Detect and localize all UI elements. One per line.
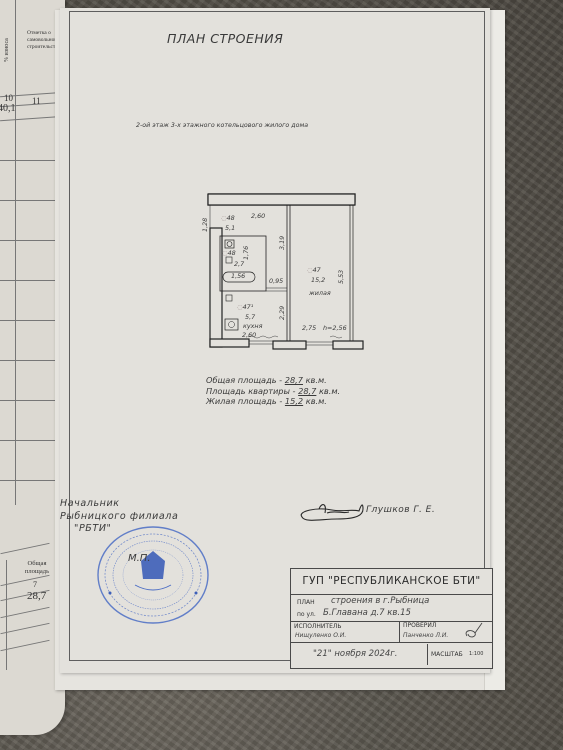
dim-bath-height: 1,76	[242, 246, 250, 260]
official-stamp-icon	[97, 525, 212, 625]
room-kitchen-label: кухня	[243, 322, 262, 330]
room-hall-ref: ◌48	[221, 214, 235, 222]
apartment-floor-plan: ◌48 5,1 2,60 1,28 ◌48 2,7 1,76 1,56 0,95…	[205, 192, 365, 356]
room-bath-area: 2,7	[234, 260, 244, 268]
room-hall-area: 5,1	[225, 224, 235, 232]
date-scale-row: "21" ноября 2024г. МАСШТАБ 1:100	[291, 642, 492, 667]
dim-kitchen-width: 2,60	[242, 331, 256, 339]
booklet-col-7: 7	[33, 580, 37, 589]
dim-partition: 3,19	[278, 236, 286, 250]
room-kitchen-area: 5,7	[245, 313, 255, 321]
dim-hall-height: 1,28	[201, 218, 209, 232]
checker-signature-icon	[463, 621, 485, 641]
dim-ceiling-height: h=2,56	[323, 324, 347, 332]
signatory-name: Глушков Г. Е.	[366, 505, 435, 515]
booklet-value-top: 40,1	[0, 103, 16, 114]
dim-hall-width: 2,60	[251, 212, 265, 220]
room-living-ref: ◌47	[307, 266, 321, 274]
booklet-total-area-header: Общая площадь	[23, 560, 51, 576]
room-living-area: 15,2	[311, 276, 325, 284]
dim-corridor-width: 0,95	[269, 277, 283, 285]
booklet-header-note: Отметка о самовольном строительстве	[27, 30, 55, 51]
booklet-header-wear: % износа	[4, 38, 10, 62]
signature-icon	[297, 497, 367, 527]
dim-living-width: 2,75	[302, 324, 316, 332]
apartment-area-line: Площадь квартиры - 28,7 кв.м.	[206, 386, 340, 397]
document-title: ПЛАН СТРОЕНИЯ	[167, 31, 283, 46]
living-area-line: Жилая площадь - 15,2 кв.м.	[206, 396, 340, 407]
booklet-total-area-value: 28,7	[27, 590, 46, 602]
stamp-handwritten: М.П.	[128, 553, 151, 564]
people-row: ИСПОЛНИТЕЛЬ Нищуленко О.И. ПРОВЕРИЛ Панч…	[291, 621, 492, 643]
room-kitchen-ref: ◌47¹	[237, 303, 253, 311]
room-bath-ref: ◌48	[222, 249, 236, 257]
organization-name: ГУП "РЕСПУБЛИКАНСКОЕ БТИ"	[291, 569, 492, 595]
dim-bath-width: 1,56	[231, 272, 245, 280]
dim-living-depth: 5,53	[337, 270, 345, 284]
room-living-label: жилая	[309, 289, 331, 297]
total-area-line: Общая площадь - 28,7 кв.м.	[206, 375, 340, 386]
booklet-col-11: 11	[32, 96, 41, 106]
title-block: ГУП "РЕСПУБЛИКАНСКОЕ БТИ" ПЛАН строения …	[290, 568, 493, 669]
dim-kitchen-height: 2,29	[278, 306, 286, 320]
plan-address-row: ПЛАН строения в г.Рыбница по ул. Б.Глава…	[291, 594, 492, 622]
booklet-col-10: 10	[4, 93, 13, 103]
area-summary: Общая площадь - 28,7 кв.м. Площадь кварт…	[206, 375, 340, 407]
document-subtitle: 2-ой этаж 3-х этажного котельцового жило…	[136, 122, 308, 129]
